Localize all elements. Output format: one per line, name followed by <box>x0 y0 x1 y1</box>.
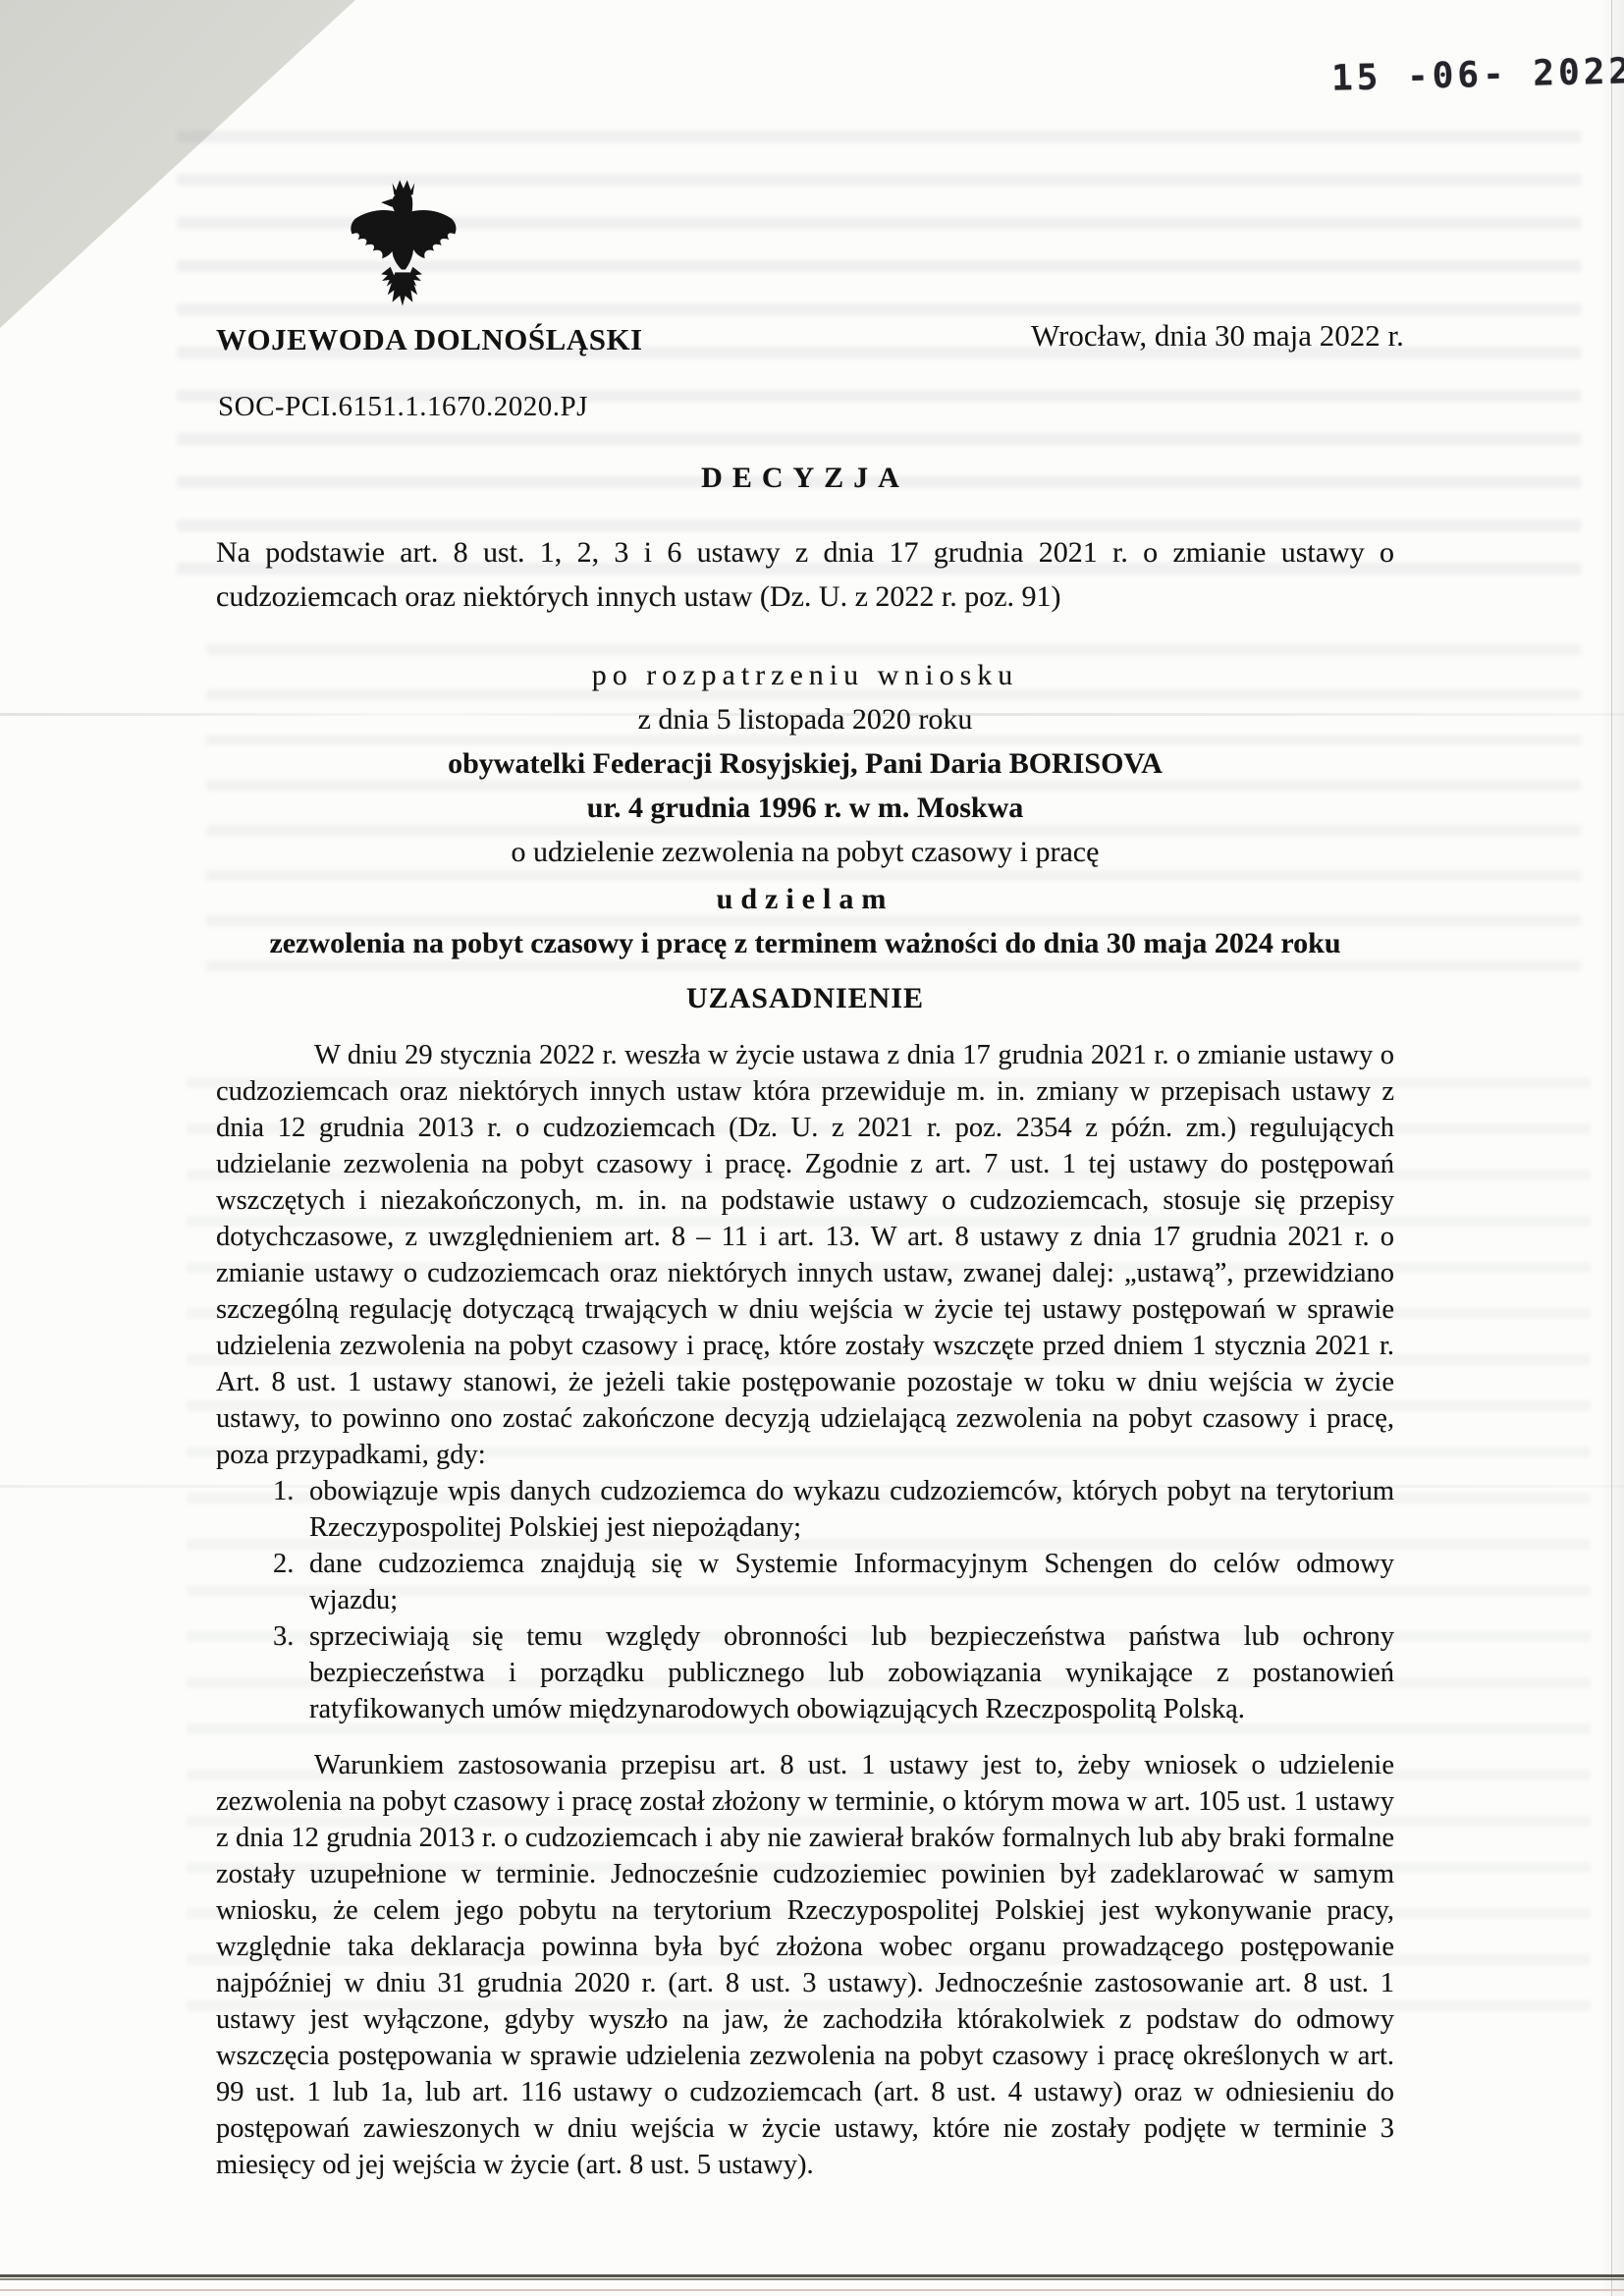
scan-page-edge <box>1611 0 1612 2296</box>
justification-paragraph-2: Warunkiem zastosowania przepisu art. 8 u… <box>216 1747 1394 2183</box>
justification-heading: UZASADNIENIE <box>216 982 1394 1015</box>
scan-page-edge <box>0 2278 1624 2280</box>
consideration-block: po rozpatrzeniu wniosku z dnia 5 listopa… <box>216 653 1394 874</box>
place-and-date: Wrocław, dnia 30 maja 2022 r. <box>1031 318 1396 354</box>
list-item-number: 1. <box>273 1473 294 1509</box>
scan-corner-fold <box>0 0 355 328</box>
list-item-text: sprzeciwiają się temu względy obronności… <box>309 1621 1394 1724</box>
scanned-document-page: 15 -06- 2022 WOJEWODA DOLNOŚLĄSKI Wrocła… <box>0 0 1624 2296</box>
application-subject-line: o udzielenie zezwolenia na pobyt czasowy… <box>216 830 1394 874</box>
application-date-line: z dnia 5 listopada 2020 roku <box>216 697 1394 741</box>
justification-paragraph-1: W dniu 29 stycznia 2022 r. weszła w życi… <box>216 1037 1394 1473</box>
list-item: 3. sprzeciwiają się temu względy obronno… <box>216 1618 1394 1727</box>
list-item: 1. obowiązuje wpis danych cudzoziemca do… <box>216 1473 1394 1546</box>
document-body: DECYZJA Na podstawie art. 8 ust. 1, 2, 3… <box>216 462 1394 2183</box>
applicant-name-line: obywatelki Federacji Rosyjskiej, Pani Da… <box>216 741 1394 786</box>
list-item-number: 2. <box>273 1546 294 1582</box>
list-item: 2. dane cudzoziemca znajdują się w Syste… <box>216 1546 1394 1618</box>
issuing-authority: WOJEWODA DOLNOŚLĄSKI <box>216 322 643 357</box>
received-date-stamp: 15 -06- 2022 <box>1331 51 1624 99</box>
list-item-text: dane cudzoziemca znajdują się w Systemie… <box>309 1549 1394 1615</box>
decision-title: DECYZJA <box>216 462 1394 495</box>
consideration-line: po rozpatrzeniu wniosku <box>216 653 1394 697</box>
scan-page-edge <box>0 2274 1624 2277</box>
case-reference-number: SOC-PCI.6151.1.1670.2020.PJ <box>218 391 588 423</box>
ruling-verb: udzielam <box>216 877 1394 921</box>
legal-basis-paragraph: Na podstawie art. 8 ust. 1, 2, 3 i 6 ust… <box>216 530 1394 619</box>
polish-eagle-emblem <box>346 173 458 312</box>
exception-list: 1. obowiązuje wpis danych cudzoziemca do… <box>216 1473 1394 1727</box>
scan-page-edge <box>0 2289 1624 2291</box>
list-item-number: 3. <box>273 1618 294 1655</box>
ruling-text: zezwolenia na pobyt czasowy i pracę z te… <box>216 921 1394 965</box>
applicant-birth-line: ur. 4 grudnia 1996 r. w m. Moskwa <box>216 786 1394 830</box>
list-item-text: obowiązuje wpis danych cudzoziemca do wy… <box>309 1476 1394 1543</box>
scan-page-edge <box>1600 0 1624 2296</box>
